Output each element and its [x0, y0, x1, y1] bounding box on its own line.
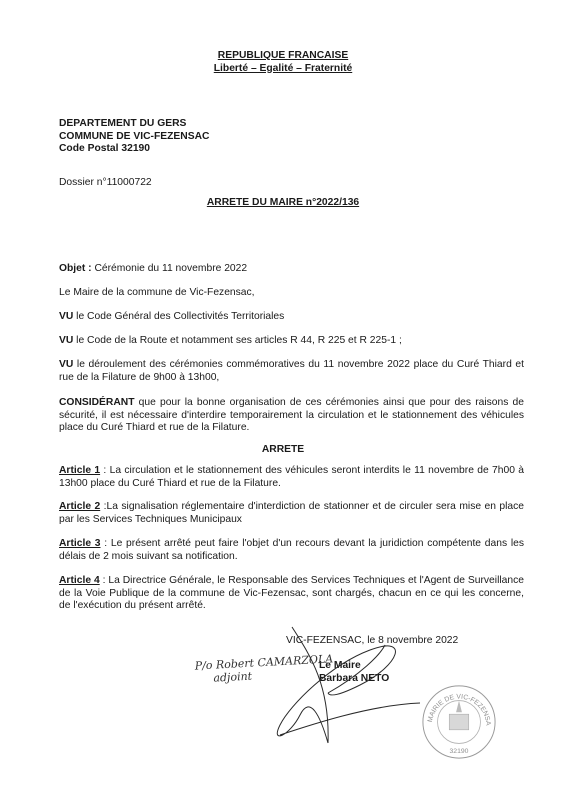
national-motto: Liberté – Egalité – Fraternité: [0, 63, 566, 76]
article-text: : Le présent arrêté peut faire l'objet d…: [59, 538, 524, 562]
document-header: REPUBLIQUE FRANCAISE Liberté – Egalité –…: [0, 50, 566, 75]
article-label: Article 3: [59, 538, 101, 549]
visa-text: le Code de la Route et notamment ses art…: [73, 335, 402, 346]
decree-title: ARRETE DU MAIRE n°2022/136: [0, 197, 566, 208]
postal-code: Code Postal 32190: [59, 143, 209, 156]
objet-line: Objet : Cérémonie du 11 novembre 2022: [59, 263, 524, 274]
article-paragraph: Article 1 : La circulation et le station…: [59, 465, 524, 490]
visa-text: le déroulement des cérémonies commémorat…: [59, 359, 524, 383]
department-name: DEPARTEMENT DU GERS: [59, 118, 209, 131]
article-paragraph: Article 3 : Le présent arrêté peut faire…: [59, 538, 524, 563]
issuer-block: DEPARTEMENT DU GERS COMMUNE DE VIC-FEZEN…: [59, 118, 209, 156]
article-text: :La signalisation réglementaire d'interd…: [59, 501, 524, 525]
visa-paragraph: VU le Code Général des Collectivités Ter…: [59, 311, 524, 324]
visa-paragraph: VU le déroulement des cérémonies commémo…: [59, 359, 524, 384]
article-paragraph: Article 4 : La Directrice Générale, le R…: [59, 575, 524, 613]
stamp-postal: 32190: [450, 748, 469, 755]
article-text: : La circulation et le stationnement des…: [59, 465, 524, 489]
article-label: Article 1: [59, 465, 100, 476]
article-label: Article 2: [59, 501, 100, 512]
visa-text: le Code Général des Collectivités Territ…: [73, 311, 284, 322]
place-and-date: VIC-FEZENSAC, le 8 novembre 2022: [286, 635, 458, 646]
stamp-building-icon: [449, 714, 469, 730]
objet-text: Cérémonie du 11 novembre 2022: [92, 263, 248, 274]
handwritten-delegation-note: P/o Robert CAMARZOLA adjoint: [194, 652, 334, 685]
country-heading: REPUBLIQUE FRANCAISE: [0, 50, 566, 63]
article-label: Article 4: [59, 575, 100, 586]
article-paragraph: Article 2 :La signalisation réglementair…: [59, 501, 524, 526]
article-text: : La Directrice Générale, le Responsable…: [59, 575, 524, 611]
visa-label: VU: [59, 311, 73, 322]
mairie-stamp: MAIRIE DE VIC-FEZENSAC 32190: [420, 683, 498, 761]
visa-label: VU: [59, 335, 73, 346]
dossier-number: Dossier n°11000722: [59, 177, 152, 188]
objet-label: Objet :: [59, 263, 92, 274]
visa-paragraph: VU le Code de la Route et notamment ses …: [59, 335, 524, 348]
stamp-statue-icon: [456, 701, 462, 713]
commune-name: COMMUNE DE VIC-FEZENSAC: [59, 131, 209, 144]
considerant-paragraph: CONSIDÉRANT que pour la bonne organisati…: [59, 397, 524, 435]
arrete-heading: ARRETE: [0, 444, 566, 455]
considerant-label: CONSIDÉRANT: [59, 397, 135, 408]
preamble: Le Maire de la commune de Vic-Fezensac,: [59, 287, 524, 298]
visa-label: VU: [59, 359, 73, 370]
